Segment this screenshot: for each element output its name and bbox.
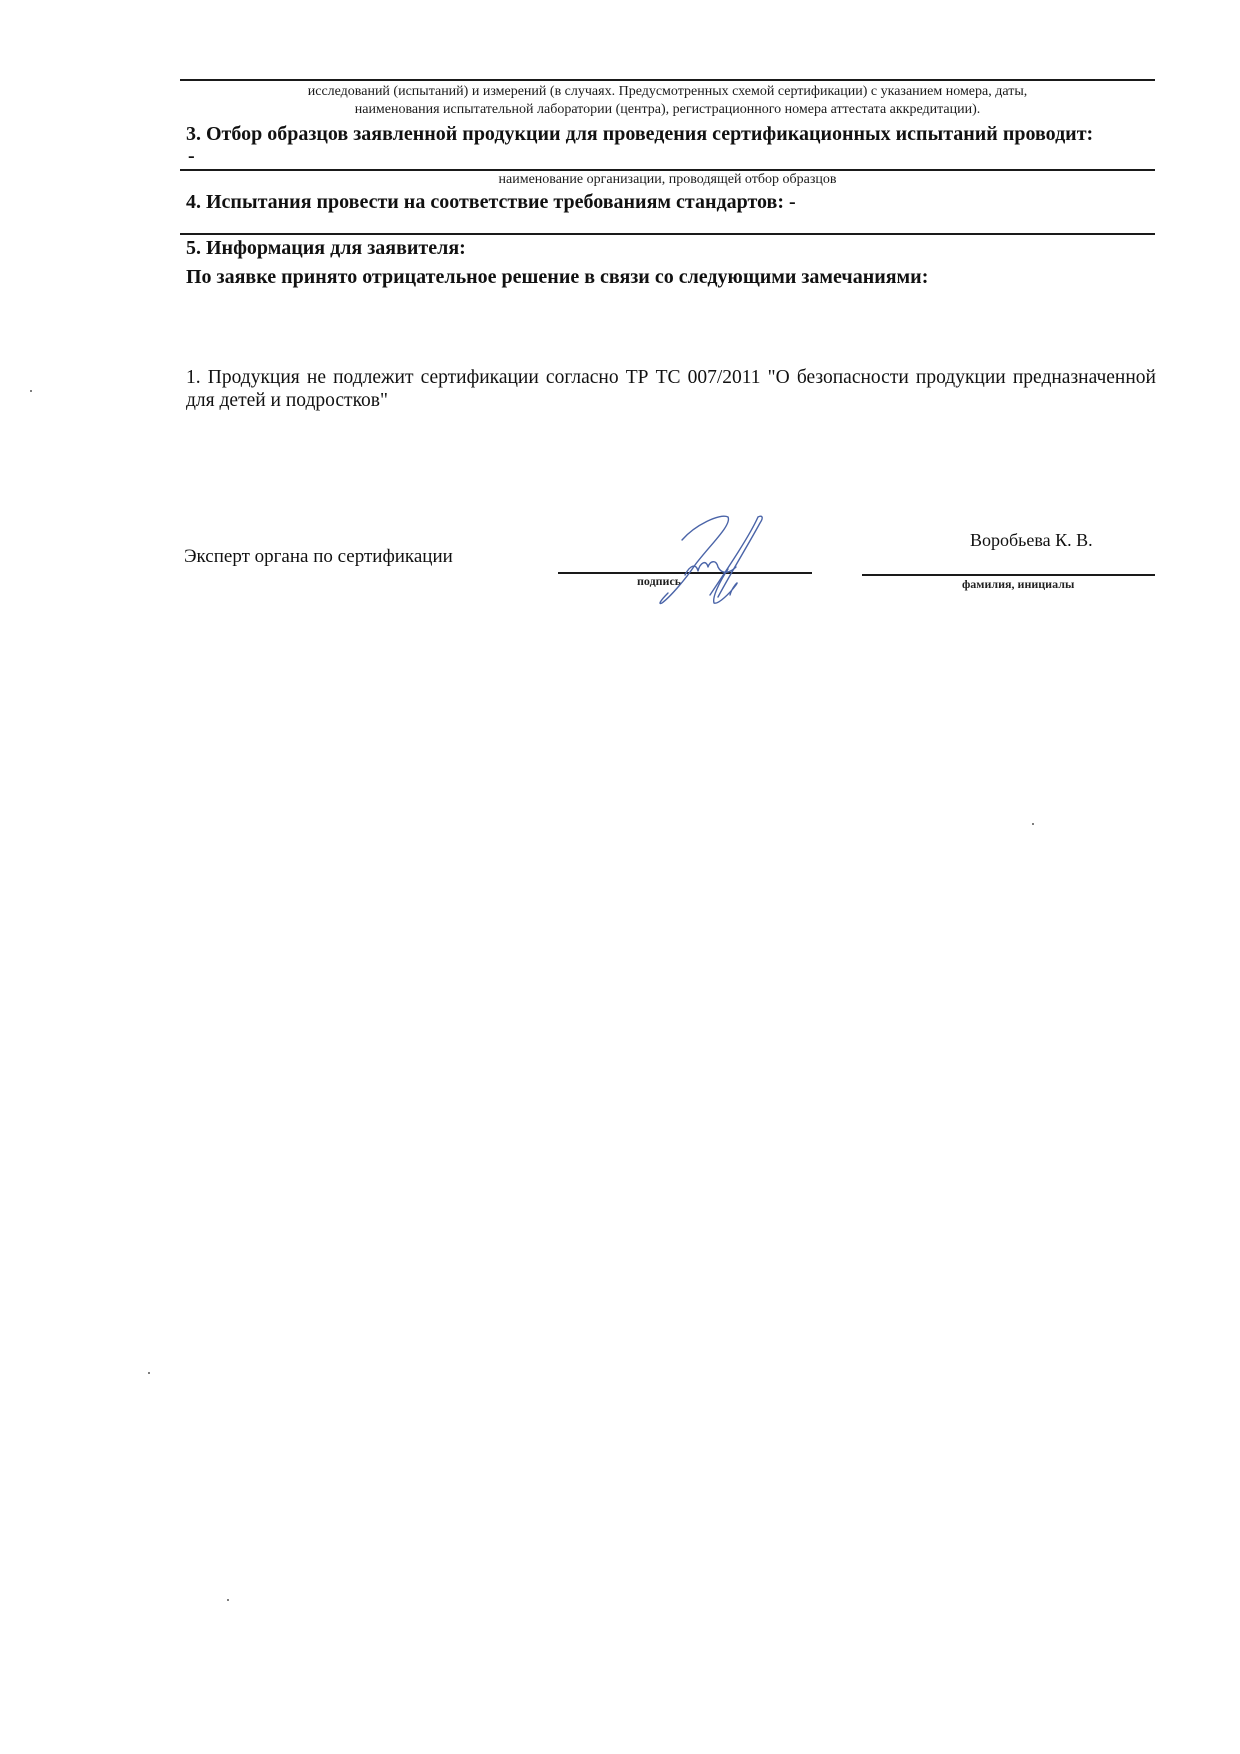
remark-item: 1. Продукция не подлежит сертификации со…	[186, 366, 1156, 412]
top-rule	[180, 79, 1155, 81]
name-line	[862, 574, 1155, 576]
scan-speck	[227, 1599, 229, 1601]
section-3-value: -	[188, 144, 195, 168]
signer-name: Воробьева К. В.	[970, 530, 1093, 551]
scan-speck	[148, 1372, 150, 1374]
handwritten-signature	[640, 505, 850, 615]
section-5-heading: 5. Информация для заявителя:	[186, 236, 1166, 260]
section-4-heading: 4. Испытания провести на соответствие тр…	[186, 190, 1166, 214]
scan-speck	[1032, 823, 1034, 825]
top-caption-line-2: наименования испытательной лаборатории (…	[180, 101, 1155, 119]
top-caption-line-1: исследований (испытаний) и измерений (в …	[180, 83, 1155, 101]
section-3-heading: 3. Отбор образцов заявленной продукции д…	[186, 122, 1166, 146]
section-4-rule	[180, 233, 1155, 235]
section-3-caption: наименование организации, проводящей отб…	[180, 171, 1155, 189]
scan-speck	[30, 390, 32, 392]
section-5-decision: По заявке принято отрицательное решение …	[186, 265, 1166, 289]
name-caption: фамилия, инициалы	[962, 577, 1074, 592]
signer-role: Эксперт органа по сертификации	[184, 546, 453, 568]
